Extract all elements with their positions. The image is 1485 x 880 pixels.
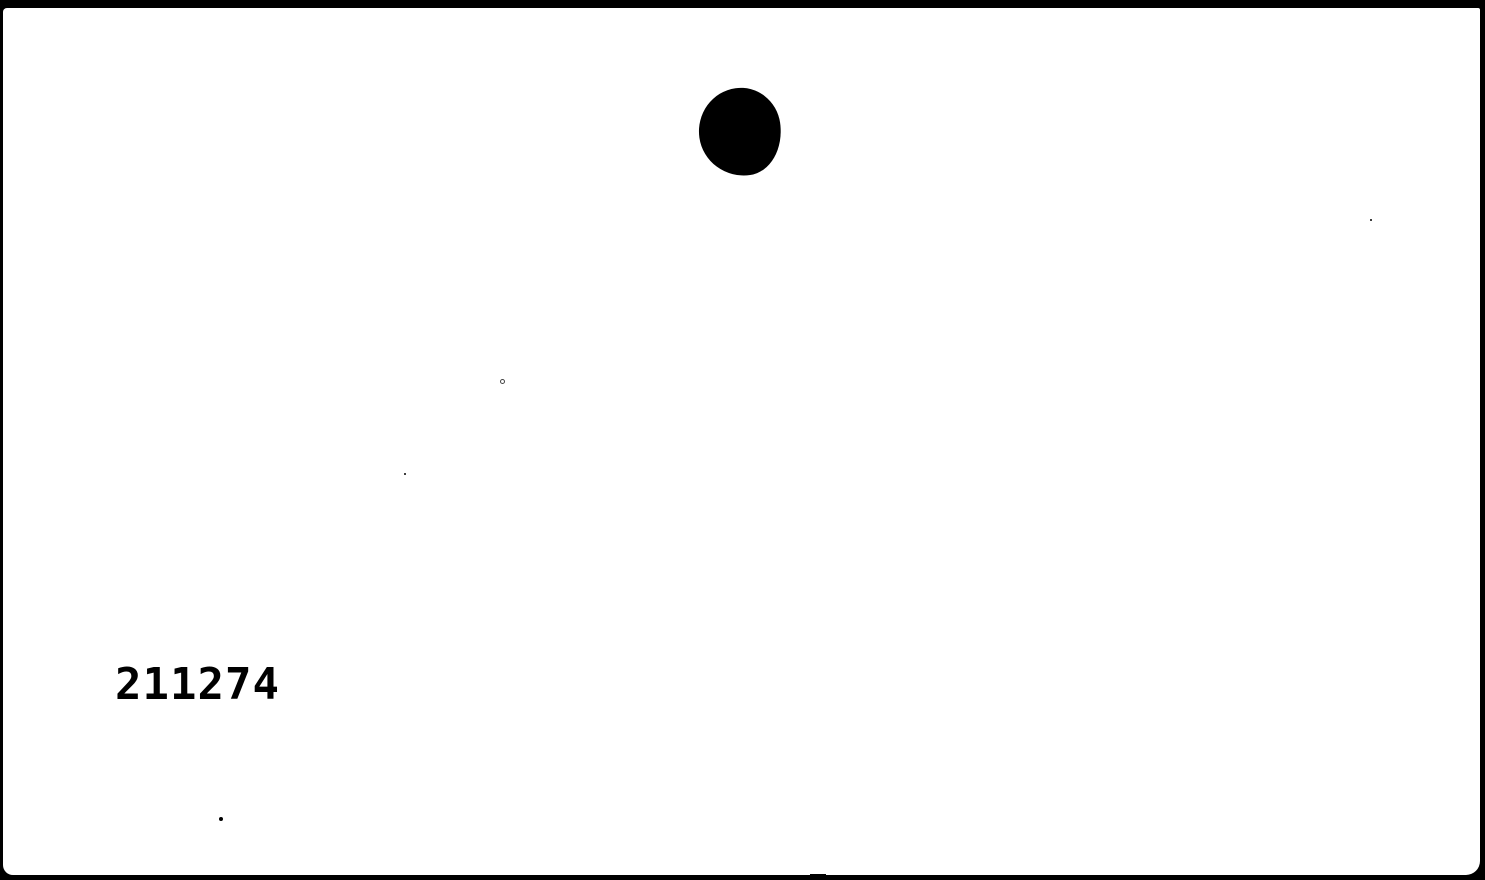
punch-hole xyxy=(693,83,786,182)
ink-speck xyxy=(219,817,223,821)
card-number: 211274 xyxy=(115,663,280,707)
scan-artifact xyxy=(810,874,826,877)
ink-speck xyxy=(1370,219,1372,221)
ink-speck xyxy=(404,473,406,475)
index-card: 211274 xyxy=(3,8,1480,875)
ink-speck xyxy=(500,379,505,384)
